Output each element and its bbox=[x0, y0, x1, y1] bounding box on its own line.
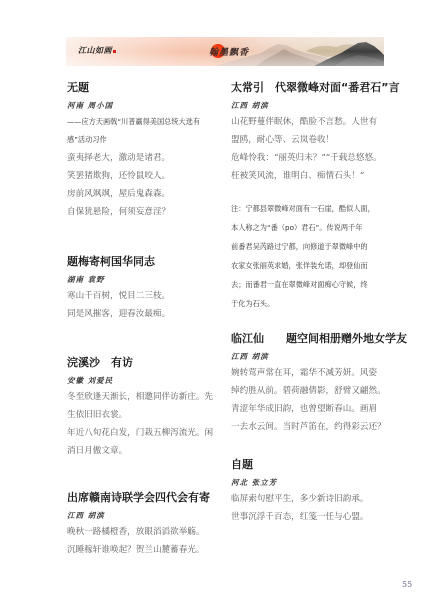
poem-line: 消日月傲文章。 bbox=[67, 442, 225, 460]
poem: 浣溪沙 有访 安徽 刘爱民 冬至欣逢天渐长，相邀同伴访新庄。先 生依旧旧衣裳。 … bbox=[67, 356, 225, 460]
poem-note: 前番君吴芮路过宁都，向修道于翠微峰中的 bbox=[231, 237, 391, 256]
poem-author: 湖南 袁野 bbox=[67, 275, 225, 285]
poem-line: 房前风飒飒，屋后鬼森森。 bbox=[67, 185, 225, 203]
poem: 无题 河南 周小国 ——应方天画戟“川普赢得美国总统大选有 感”活动习作 蛮夷择… bbox=[67, 81, 225, 221]
poem-line: 枉被笑风流，谁明白、痴情石头！” bbox=[231, 167, 391, 185]
poem-note: 注：宁都县翠微峰对面有一石崖，酷似人面， bbox=[231, 199, 391, 218]
poem-author: 河北 张立芳 bbox=[231, 478, 391, 488]
seal-icon bbox=[113, 50, 116, 53]
poem-author: 江西 胡滨 bbox=[231, 101, 391, 111]
poem-line: 山花野蔓伴眠休，酷脸不言愁。人世有 bbox=[231, 113, 391, 131]
poem-title: 太常引 代翠微峰对面“番君石”言 bbox=[231, 81, 391, 95]
poem-line: 一去水云间。当时芦笛在，约得彩云还？ bbox=[231, 418, 391, 436]
poem-line: 盟鸥，耐心等、云岚卷收！ bbox=[231, 131, 391, 149]
poem-title: 出席赣南诗联学会四代会有寄 bbox=[67, 491, 225, 505]
poem-line: 沉睡稼轩谁唤起？贺兰山麓蓄春光。 bbox=[67, 541, 225, 559]
page-number: 55 bbox=[402, 580, 412, 589]
poem-note: 去；而番君一直在翠微峰对面痴心守候，终 bbox=[231, 275, 391, 294]
poem-note: 于化为石头。 bbox=[231, 294, 391, 313]
poem-line: 绰约胜从前。碧荷融倩影，舒臂又翩然。 bbox=[231, 382, 391, 400]
poem-line: 临屏索句慰平生，多少新诗旧韵承。 bbox=[231, 490, 391, 508]
poem-title: 题梅寄柯国华同志 bbox=[67, 255, 225, 269]
poem: 自题 河北 张立芳 临屏索句慰平生，多少新诗旧韵承。 世事沉浮千百态，红笺一任与… bbox=[231, 458, 391, 526]
poem-line: 寒山千百树，悦目二三枝。 bbox=[67, 287, 225, 305]
poem-line: 自保犹悬险，何须妄意淫？ bbox=[67, 203, 225, 221]
banner-brand: 江山如画 bbox=[78, 45, 116, 56]
poem: 太常引 代翠微峰对面“番君石”言 江西 胡滨 山花野蔓伴眠休，酷脸不言愁。人世有… bbox=[231, 81, 391, 313]
section-banner: 江山如画 翰墨飘香 bbox=[66, 37, 384, 66]
poem: 出席赣南诗联学会四代会有寄 江西 胡滨 晚秋一路橘橙香，放眼滔滔欲举觞。 沉睡稼… bbox=[67, 491, 225, 559]
section-title: 翰墨飘香 bbox=[209, 45, 249, 58]
poem-note: 本人称之为“番（po）君石”。传说两千年 bbox=[231, 218, 391, 237]
poem-line: 蛮夷择老大，激动是诸君。 bbox=[67, 149, 225, 167]
poem-line: 同是风摧客，迎春汝最痴。 bbox=[67, 305, 225, 323]
poem-line: 婉转莺声常在耳，霜华不减芳妍。风姿 bbox=[231, 364, 391, 382]
poem-title: 自题 bbox=[231, 458, 391, 472]
poem-line: 笑罢猪欺狗，还怜鼠咬人。 bbox=[67, 167, 225, 185]
poem-title: 临江仙 题空间相册赠外地女学友 bbox=[231, 332, 391, 346]
poem-line: 生依旧旧衣裳。 bbox=[67, 406, 225, 424]
poem-line: 冬至欣逢天渐长，相邀同伴访新庄。先 bbox=[67, 388, 225, 406]
poem-subtitle: ——应方天画戟“川普赢得美国总统大选有 bbox=[67, 113, 225, 131]
poem-title: 浣溪沙 有访 bbox=[67, 356, 225, 370]
poem-author: 河南 周小国 bbox=[67, 101, 225, 111]
poem-note: 农家女张丽英求婚，张佯装允诺，却登仙而 bbox=[231, 256, 391, 275]
poem-line: 青涩年华成旧韵，也曾望断春山。画眉 bbox=[231, 400, 391, 418]
poem-author: 江西 胡滨 bbox=[231, 352, 391, 362]
poem-subtitle: 感”活动习作 bbox=[67, 131, 225, 149]
poem-line: 世事沉浮千百态，红笺一任与心盟。 bbox=[231, 508, 391, 526]
poem-line: 危峰怜我：“丽英归未？”“千载总悠悠。 bbox=[231, 149, 391, 167]
poem: 题梅寄柯国华同志 湖南 袁野 寒山千百树，悦目二三枝。 同是风摧客，迎春汝最痴。 bbox=[67, 255, 225, 323]
poem-author: 江西 胡滨 bbox=[67, 511, 225, 521]
poem-author: 安徽 刘爱民 bbox=[67, 376, 225, 386]
poem-title: 无题 bbox=[67, 81, 225, 95]
spacer bbox=[231, 185, 391, 199]
poem-line: 晚秋一路橘橙香，放眼滔滔欲举觞。 bbox=[67, 523, 225, 541]
poem: 临江仙 题空间相册赠外地女学友 江西 胡滨 婉转莺声常在耳，霜华不减芳妍。风姿 … bbox=[231, 332, 391, 436]
poem-line: 年近八旬花白发，门栽五柳泻流光。闲 bbox=[67, 424, 225, 442]
